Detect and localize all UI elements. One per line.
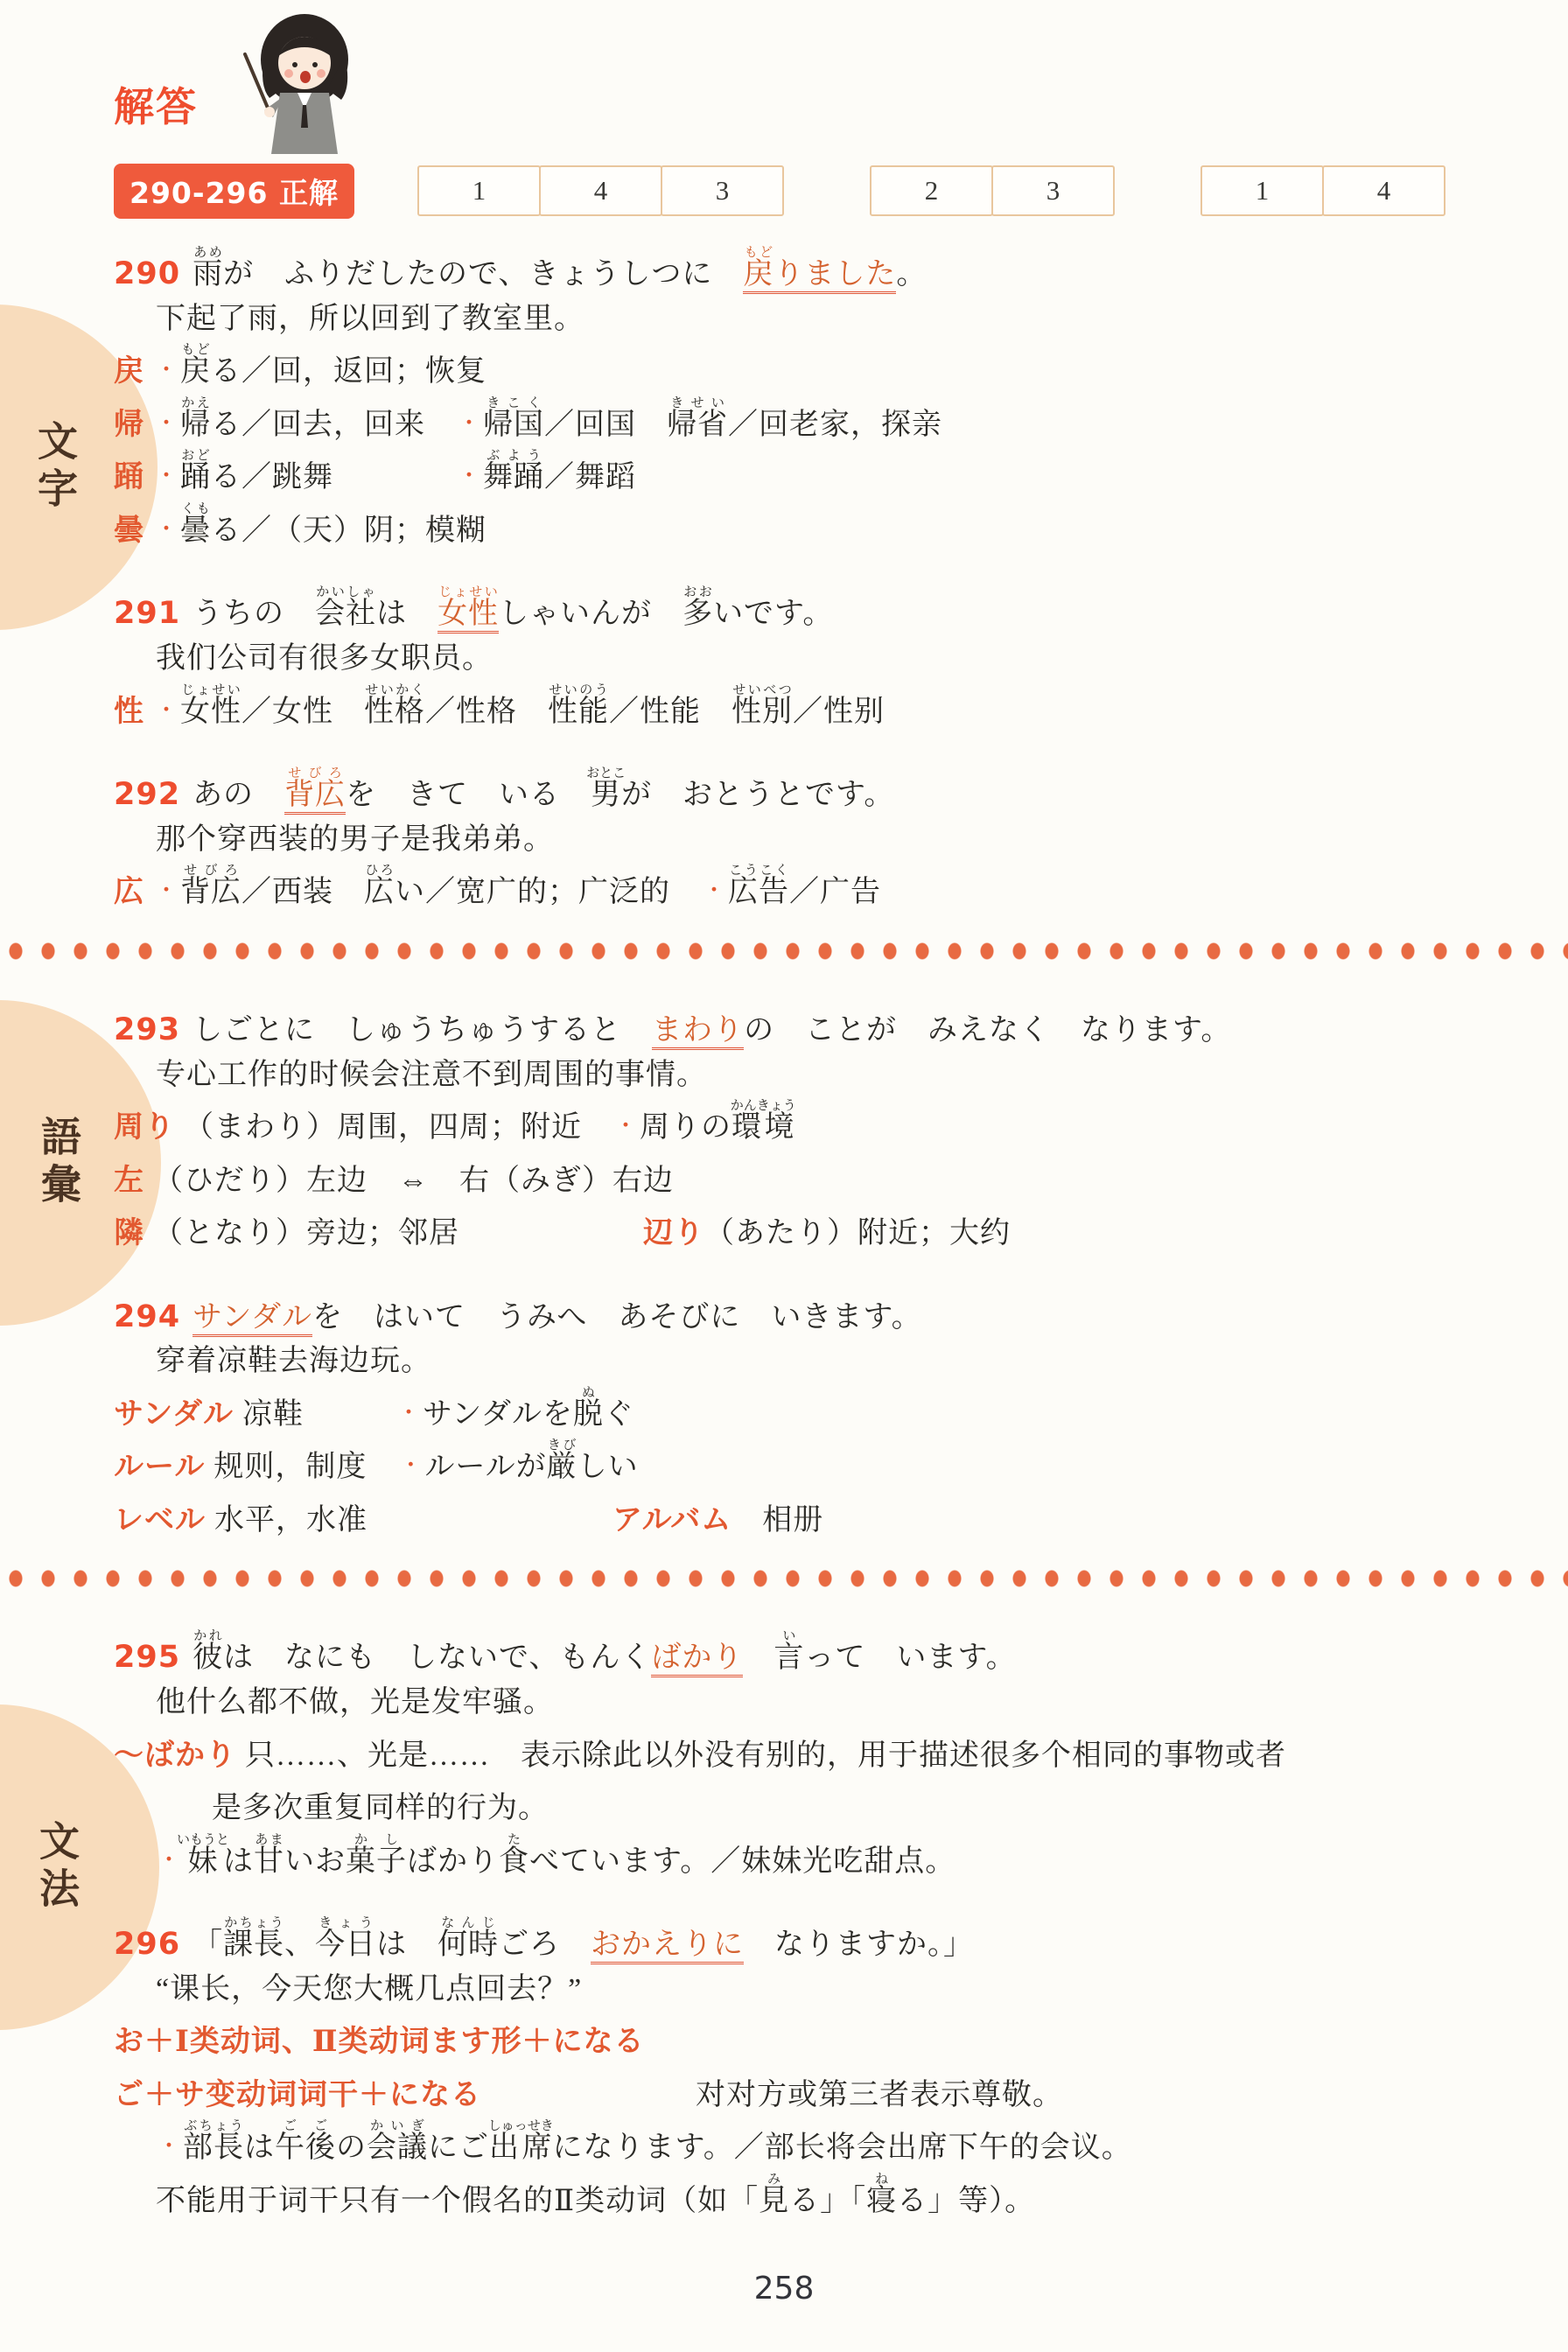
ruby-text: 菓子かし — [346, 1845, 407, 1878]
note-line: 帰・帰かえる／回去，回来 ・帰国きこく／回国 帰省きせい／回老家，探亲 — [114, 391, 1542, 444]
chinese-translation: 穿着凉鞋去海边玩。 — [156, 1336, 1542, 1381]
text-segment: うちの — [192, 598, 315, 630]
answer-group: 143 — [417, 165, 784, 216]
text-segment: 他什么都不做，光是发牢骚。 — [156, 1686, 554, 1718]
text-segment: ・ — [614, 1113, 638, 1138]
text-segment: 、 — [284, 1928, 315, 1961]
text-segment: 我们公司有很多女职员。 — [156, 642, 493, 675]
text-segment: ・ — [458, 463, 481, 488]
ruby-text: 甘あま — [254, 1845, 284, 1878]
content: 290雨あめが ふりだしたので、きょうしつに 戻もどりました。下起了雨，所以回到… — [114, 240, 1542, 2220]
text-segment: 下起了雨，所以回到了教室里。 — [156, 303, 584, 335]
text-segment: ・ — [155, 516, 178, 542]
answer-section: 295彼かれは なにも しないで、もんくばかり 言いって います。他什么都不做，… — [114, 1623, 1542, 1880]
text-segment: ／回国 — [544, 409, 667, 441]
text-segment: ・ — [155, 878, 178, 903]
text-segment: は — [223, 1845, 254, 1878]
highlighted-answer-word: りました — [773, 258, 896, 294]
text-segment: しごとに しゅうちゅうすると — [192, 1014, 652, 1046]
question-number: 290 — [114, 256, 180, 291]
text-segment: ・ — [155, 463, 178, 488]
ruby-text: 女性じょせい — [180, 696, 241, 728]
text-segment: 规则，制度 — [213, 1451, 397, 1483]
answer-cell: 4 — [539, 165, 662, 216]
page-number: 258 — [754, 2271, 815, 2306]
chinese-translation: 我们公司有很多女职员。 — [156, 633, 1542, 678]
note-line: ・部長ぶちょうは午後ごごの会議かいぎにご出席しゅっせきになります。／部长将会出席… — [156, 2114, 1542, 2167]
answer-cell: 1 — [417, 165, 541, 216]
text-segment: い／宽广的；广泛的 — [395, 876, 701, 908]
text-segment: ばかり — [407, 1845, 499, 1878]
note-line: サンダル凉鞋 ・サンダルを脱ぬぐ — [114, 1381, 1542, 1434]
vocab-headword: 帰 — [114, 409, 144, 441]
text-segment: 专心工作的时候会注意不到周围的事情。 — [156, 1059, 707, 1091]
answer-group: 14 — [1200, 165, 1445, 216]
question-sentence: 296「課長かちょう、今日きょうは 何時なんじごろ おかえりに なりますか。」 — [114, 1910, 1542, 1964]
question-sentence: 294サンダルを はいて うみへ あそびに いきます。 — [114, 1283, 1542, 1337]
text-segment: 。 — [896, 258, 927, 290]
ruby-text: 言い — [773, 1641, 804, 1674]
ruby-text: 見み — [759, 2185, 789, 2217]
text-segment: いです。 — [713, 598, 833, 630]
ruby-text: 会社かいしゃ — [315, 598, 376, 630]
note-line: 不能用于词干只有一个假名的Ⅱ类动词（如「見みる」「寝ねる」等）。 — [156, 2167, 1542, 2221]
text-segment: 凉鞋 — [242, 1398, 395, 1431]
ruby-text: 背広せびろ — [180, 876, 241, 908]
text-segment: べています。／妹妹光吃甜点。 — [529, 1845, 955, 1878]
page-footer: 258 — [0, 2271, 1568, 2306]
note-line: ルール规则，制度 ・ルールが厳きびしい — [114, 1433, 1542, 1487]
text-segment: ／性能 — [609, 696, 731, 728]
note-line: 周り（まわり）周围，四周；附近 ・周りの環境かんきょう — [114, 1094, 1542, 1147]
vocab-headword: 性 — [114, 696, 144, 728]
dotted-divider — [0, 1569, 1568, 1588]
vocab-headword: サンダル — [114, 1398, 234, 1431]
text-segment: ／舞蹈 — [544, 461, 636, 493]
text-segment: 对对方或第三者表示尊敬。 — [481, 2079, 1063, 2111]
text-segment: 「 — [192, 1928, 223, 1961]
page-title: 解答 — [114, 75, 198, 133]
text-segment: ／性格 — [425, 696, 548, 728]
ruby-text: 彼かれ — [192, 1641, 223, 1674]
text-segment: しゃいんが — [499, 598, 682, 630]
text-segment: ／西装 — [241, 876, 364, 908]
text-segment: ・ — [155, 357, 178, 382]
answer-cell: 1 — [1200, 165, 1324, 216]
vocab-headword: ～ばかり — [114, 1739, 236, 1772]
ruby-text: 戻もど — [180, 355, 211, 388]
note-line: 戻・戻もどる／回，返回；恢复 — [114, 338, 1542, 391]
text-segment: ・ — [155, 697, 178, 723]
note-line: 曇・曇くもる／（天）阴；模糊 — [114, 497, 1542, 550]
text-segment: “课长，今天您大概几点回去？” — [156, 1973, 582, 2005]
ruby-text: 広告こうこく — [728, 876, 789, 908]
highlighted-answer-word: まわり — [652, 1014, 744, 1050]
text-segment: なりますか。」 — [744, 1928, 974, 1961]
ruby-text: 何時なんじ — [437, 1928, 499, 1961]
vocab-headword: 広 — [114, 876, 144, 908]
text-segment: アルバム — [612, 1504, 731, 1536]
ruby-text: 背広せびろ — [284, 779, 346, 815]
answer-cell: 4 — [1322, 165, 1445, 216]
vocab-headword: 周り — [114, 1111, 175, 1144]
text-segment: の — [336, 2131, 367, 2164]
chinese-translation: 他什么都不做，光是发牢骚。 — [156, 1677, 1542, 1722]
text-segment: ・ — [157, 2133, 181, 2159]
ruby-text: 舞踊ぶよう — [483, 461, 544, 493]
text-segment: （ひだり）左边 ⇔ 右（みぎ）右边 — [153, 1165, 674, 1197]
question-number: 296 — [114, 1927, 180, 1962]
ruby-text: 広ひろ — [364, 876, 395, 908]
text-segment: 周りの — [640, 1111, 731, 1144]
text-segment: 不能用于词干只有一个假名的Ⅱ类动词（如「 — [156, 2185, 759, 2217]
ruby-text: 午後ごご — [275, 2131, 336, 2164]
note-line: 性・女性じょせい／女性 性格せいかく／性格 性能せいのう／性能 性別せいべつ／性… — [114, 678, 1542, 731]
text-segment: を はいて うみへ あそびに いきます。 — [312, 1301, 922, 1333]
vocab-headword: 踊 — [114, 461, 144, 493]
answer-section: 291うちの 会社かいしゃは 女性じょせいしゃいんが 多おおいです。我们公司有很… — [114, 579, 1542, 731]
text-segment: になります。／部长将会出席下午的会议。 — [553, 2131, 1132, 2164]
question-number: 293 — [114, 1012, 180, 1047]
question-sentence: 293しごとに しゅうちゅうすると まわりの ことが みえなく なります。 — [114, 996, 1542, 1050]
vocab-headword: 左 — [114, 1165, 144, 1197]
question-sentence: 295彼かれは なにも しないで、もんくばかり 言いって います。 — [114, 1623, 1542, 1677]
note-line: 踊・踊おどる／跳舞 ・舞踊ぶよう／舞蹈 — [114, 444, 1542, 497]
answer-section: 292あの 背広せびろを きて いる 男おとこが おとうとです。那个穿西装的男子… — [114, 760, 1542, 912]
ruby-text: 帰かえ — [180, 409, 211, 441]
answer-section: 294サンダルを はいて うみへ あそびに いきます。穿着凉鞋去海边玩。サンダル… — [114, 1283, 1542, 1540]
text-segment: あの — [192, 779, 284, 811]
chinese-translation: 专心工作的时候会注意不到周围的事情。 — [156, 1050, 1542, 1095]
text-segment: は なにも しないで、もんく — [223, 1641, 651, 1674]
ruby-text: 会議かいぎ — [367, 2131, 428, 2164]
ruby-text: 厳きび — [547, 1451, 577, 1483]
note-line: 是多次重复同样的行为。 — [212, 1774, 1542, 1828]
ruby-text: 戻もど — [743, 258, 773, 294]
note-line: 広・背広せびろ／西装 広ひろい／宽广的；广泛的 ・広告こうこく／广告 — [114, 858, 1542, 912]
text-segment: ・ — [399, 1452, 423, 1478]
answer-cell: 3 — [661, 165, 784, 216]
text-segment: る／（天）阴；模糊 — [211, 514, 486, 547]
question-sentence: 291うちの 会社かいしゃは 女性じょせいしゃいんが 多おおいです。 — [114, 579, 1542, 633]
answer-section: 293しごとに しゅうちゅうすると まわりの ことが みえなく なります。专心工… — [114, 996, 1542, 1253]
note-line: ご＋サ变动词词干＋になる 对对方或第三者表示尊敬。 — [114, 2061, 1542, 2115]
answer-key-row: 290-296 正解 1432314 — [114, 164, 1533, 217]
question-number: 294 — [114, 1299, 180, 1334]
ruby-text: 男おとこ — [591, 779, 621, 811]
text-segment: る／回，返回；恢复 — [211, 355, 486, 388]
text-segment: は — [244, 2131, 275, 2164]
note-line: 左（ひだり）左边 ⇔ 右（みぎ）右边 — [114, 1147, 1542, 1200]
text-segment — [743, 1641, 773, 1674]
dotted-divider — [0, 941, 1568, 961]
ruby-text: 性能せいのう — [548, 696, 609, 728]
ruby-text: 帰省きせい — [667, 409, 728, 441]
text-segment: （まわり）周围，四周；附近 — [184, 1111, 612, 1144]
ruby-text: 雨あめ — [192, 258, 223, 290]
text-segment: ／广告 — [789, 876, 881, 908]
note-line: お＋Ⅰ类动词、Ⅱ类动词ます形＋になる — [114, 2008, 1542, 2061]
vocab-headword: 曇 — [114, 514, 144, 547]
ruby-text: 踊おど — [180, 461, 211, 493]
answer-key-label: 290-296 正解 — [114, 164, 354, 219]
text-segment: いお — [284, 1845, 346, 1878]
text-segment: ごろ — [499, 1928, 591, 1961]
ruby-text: 帰国きこく — [483, 409, 544, 441]
ruby-text: 脱ぬ — [573, 1398, 604, 1431]
vocab-headword: ルール — [114, 1451, 205, 1483]
text-segment: る」等）。 — [897, 2185, 1035, 2217]
text-segment: る／跳舞 — [211, 461, 456, 493]
text-segment: ・ — [458, 410, 481, 436]
text-segment: って います。 — [804, 1641, 1016, 1674]
text-segment: 只……、光是…… 表示除此以外没有别的，用于描述很多个相同的事物或者 — [245, 1739, 1286, 1772]
ruby-text: 多おお — [682, 598, 713, 630]
vocab-headword: 隣 — [114, 1217, 144, 1249]
note-line: ～ばかり只……、光是…… 表示除此以外没有别的，用于描述很多个相同的事物或者 — [114, 1722, 1542, 1775]
question-number: 295 — [114, 1640, 180, 1675]
chinese-translation: 那个穿西装的男子是我弟弟。 — [156, 815, 1542, 859]
question-sentence: 290雨あめが ふりだしたので、きょうしつに 戻もどりました。 — [114, 240, 1542, 294]
text-segment: る」「 — [789, 2185, 866, 2217]
vocab-headword: 戻 — [114, 355, 144, 388]
answer-section: 296「課長かちょう、今日きょうは 何時なんじごろ おかえりに なりますか。」“… — [114, 1910, 1542, 2220]
text-segment: （あたり）附近；大约 — [704, 1217, 1011, 1249]
text-segment: 辺り — [643, 1217, 704, 1249]
ruby-text: 寝ね — [866, 2185, 897, 2217]
text-segment: ・ — [397, 1400, 421, 1425]
text-segment: る／回去，回来 — [211, 409, 456, 441]
text-segment: ・ — [155, 410, 178, 436]
chinese-translation: “课长，今天您大概几点回去？” — [156, 1964, 1542, 2009]
note-line: ・妹いもうとは甘あまいお菓子かしばかり食たべています。／妹妹光吃甜点。 — [156, 1828, 1542, 1881]
highlighted-answer-word: ばかり — [651, 1641, 743, 1677]
text-segment: ぐ — [604, 1398, 634, 1431]
note-line: レベル水平，水准 アルバム 相册 — [114, 1487, 1542, 1540]
text-segment: 穿着凉鞋去海边玩。 — [156, 1345, 431, 1377]
ruby-text: 性格せいかく — [364, 696, 425, 728]
ruby-text: 今日きょう — [315, 1928, 376, 1961]
text-segment: 相册 — [731, 1504, 823, 1536]
answer-group: 23 — [870, 165, 1115, 216]
text-segment: ルールが — [424, 1451, 546, 1483]
ruby-text: 出席しゅっせき — [489, 2131, 553, 2164]
text-segment: 水平，水准 — [214, 1504, 612, 1536]
ruby-text: 妹いもうと — [183, 1845, 223, 1878]
text-segment: は — [376, 598, 437, 630]
text-segment: ・ — [703, 878, 726, 903]
ruby-text: 部長ぶちょう — [183, 2131, 244, 2164]
ruby-text: 女性じょせい — [437, 598, 499, 633]
answer-groups: 1432314 — [417, 165, 1445, 216]
ruby-text: 課長かちょう — [223, 1928, 284, 1961]
answer-cell: 2 — [870, 165, 993, 216]
answer-section: 290雨あめが ふりだしたので、きょうしつに 戻もどりました。下起了雨，所以回到… — [114, 240, 1542, 549]
ruby-text: 食た — [499, 1845, 529, 1878]
ruby-text: 環境かんきょう — [731, 1111, 796, 1144]
textbook-answer-page: 文字 語彙 文法 解答 — [0, 0, 1568, 2352]
ruby-text: 性別せいべつ — [731, 696, 793, 728]
text-segment: を きて いる — [346, 779, 591, 811]
text-segment: ／女性 — [241, 696, 364, 728]
note-line: 隣（となり）旁边；邻居 辺り（あたり）附近；大约 — [114, 1200, 1542, 1253]
text-segment: ご＋サ变动词词干＋になる — [114, 2079, 481, 2111]
question-number: 291 — [114, 596, 180, 631]
text-segment: ／性别 — [793, 696, 885, 728]
highlighted-answer-word: サンダル — [192, 1301, 312, 1337]
text-segment: にご — [428, 2131, 489, 2164]
question-number: 292 — [114, 777, 180, 812]
chinese-translation: 下起了雨，所以回到了教室里。 — [156, 294, 1542, 339]
page-header: 解答 — [0, 0, 1568, 164]
text-segment: 是多次重复同样的行为。 — [212, 1792, 549, 1824]
vocab-headword: レベル — [114, 1504, 206, 1536]
question-sentence: 292あの 背広せびろを きて いる 男おとこが おとうとです。 — [114, 760, 1542, 815]
text-segment: ／回老家，探亲 — [728, 409, 942, 441]
text-segment: （となり）旁边；邻居 — [153, 1217, 643, 1249]
text-segment: が ふりだしたので、きょうしつに — [223, 258, 743, 290]
text-segment: しい — [577, 1451, 639, 1483]
text-segment: 那个穿西装的男子是我弟弟。 — [156, 823, 554, 856]
text-segment: お＋Ⅰ类动词、Ⅱ类动词ます形＋になる — [114, 2026, 645, 2058]
text-segment: は — [376, 1928, 437, 1961]
teacher-mascot-illustration — [238, 5, 369, 156]
text-segment: の ことが みえなく なります。 — [744, 1014, 1231, 1046]
highlighted-answer-word: おかえりに — [591, 1928, 744, 1964]
text-segment: サンダルを — [423, 1398, 573, 1431]
ruby-text: 曇くも — [180, 514, 211, 547]
text-segment: が おとうとです。 — [621, 779, 894, 811]
answer-cell: 3 — [991, 165, 1115, 216]
